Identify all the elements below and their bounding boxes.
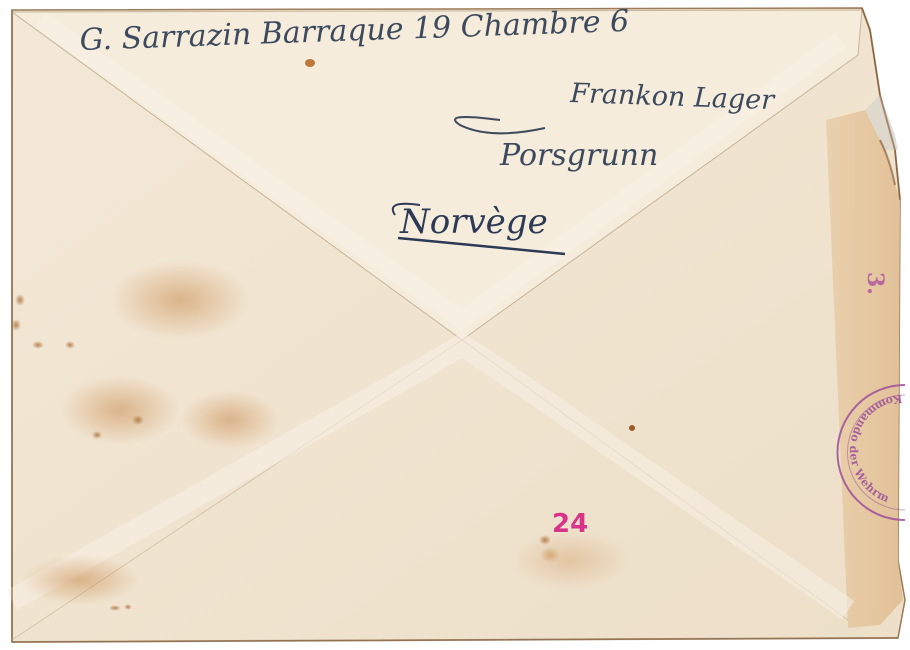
pink-number-marking: 24: [552, 509, 588, 539]
envelope-svg: G. Sarrazin Barraque 19 Chambre 6 Franko…: [0, 0, 910, 650]
address-line-3: Porsgrunn: [499, 138, 658, 173]
censor-partial-mark: 3.: [862, 272, 888, 295]
envelope-photo: G. Sarrazin Barraque 19 Chambre 6 Franko…: [0, 0, 910, 650]
address-line-4: Norvège: [399, 202, 548, 242]
